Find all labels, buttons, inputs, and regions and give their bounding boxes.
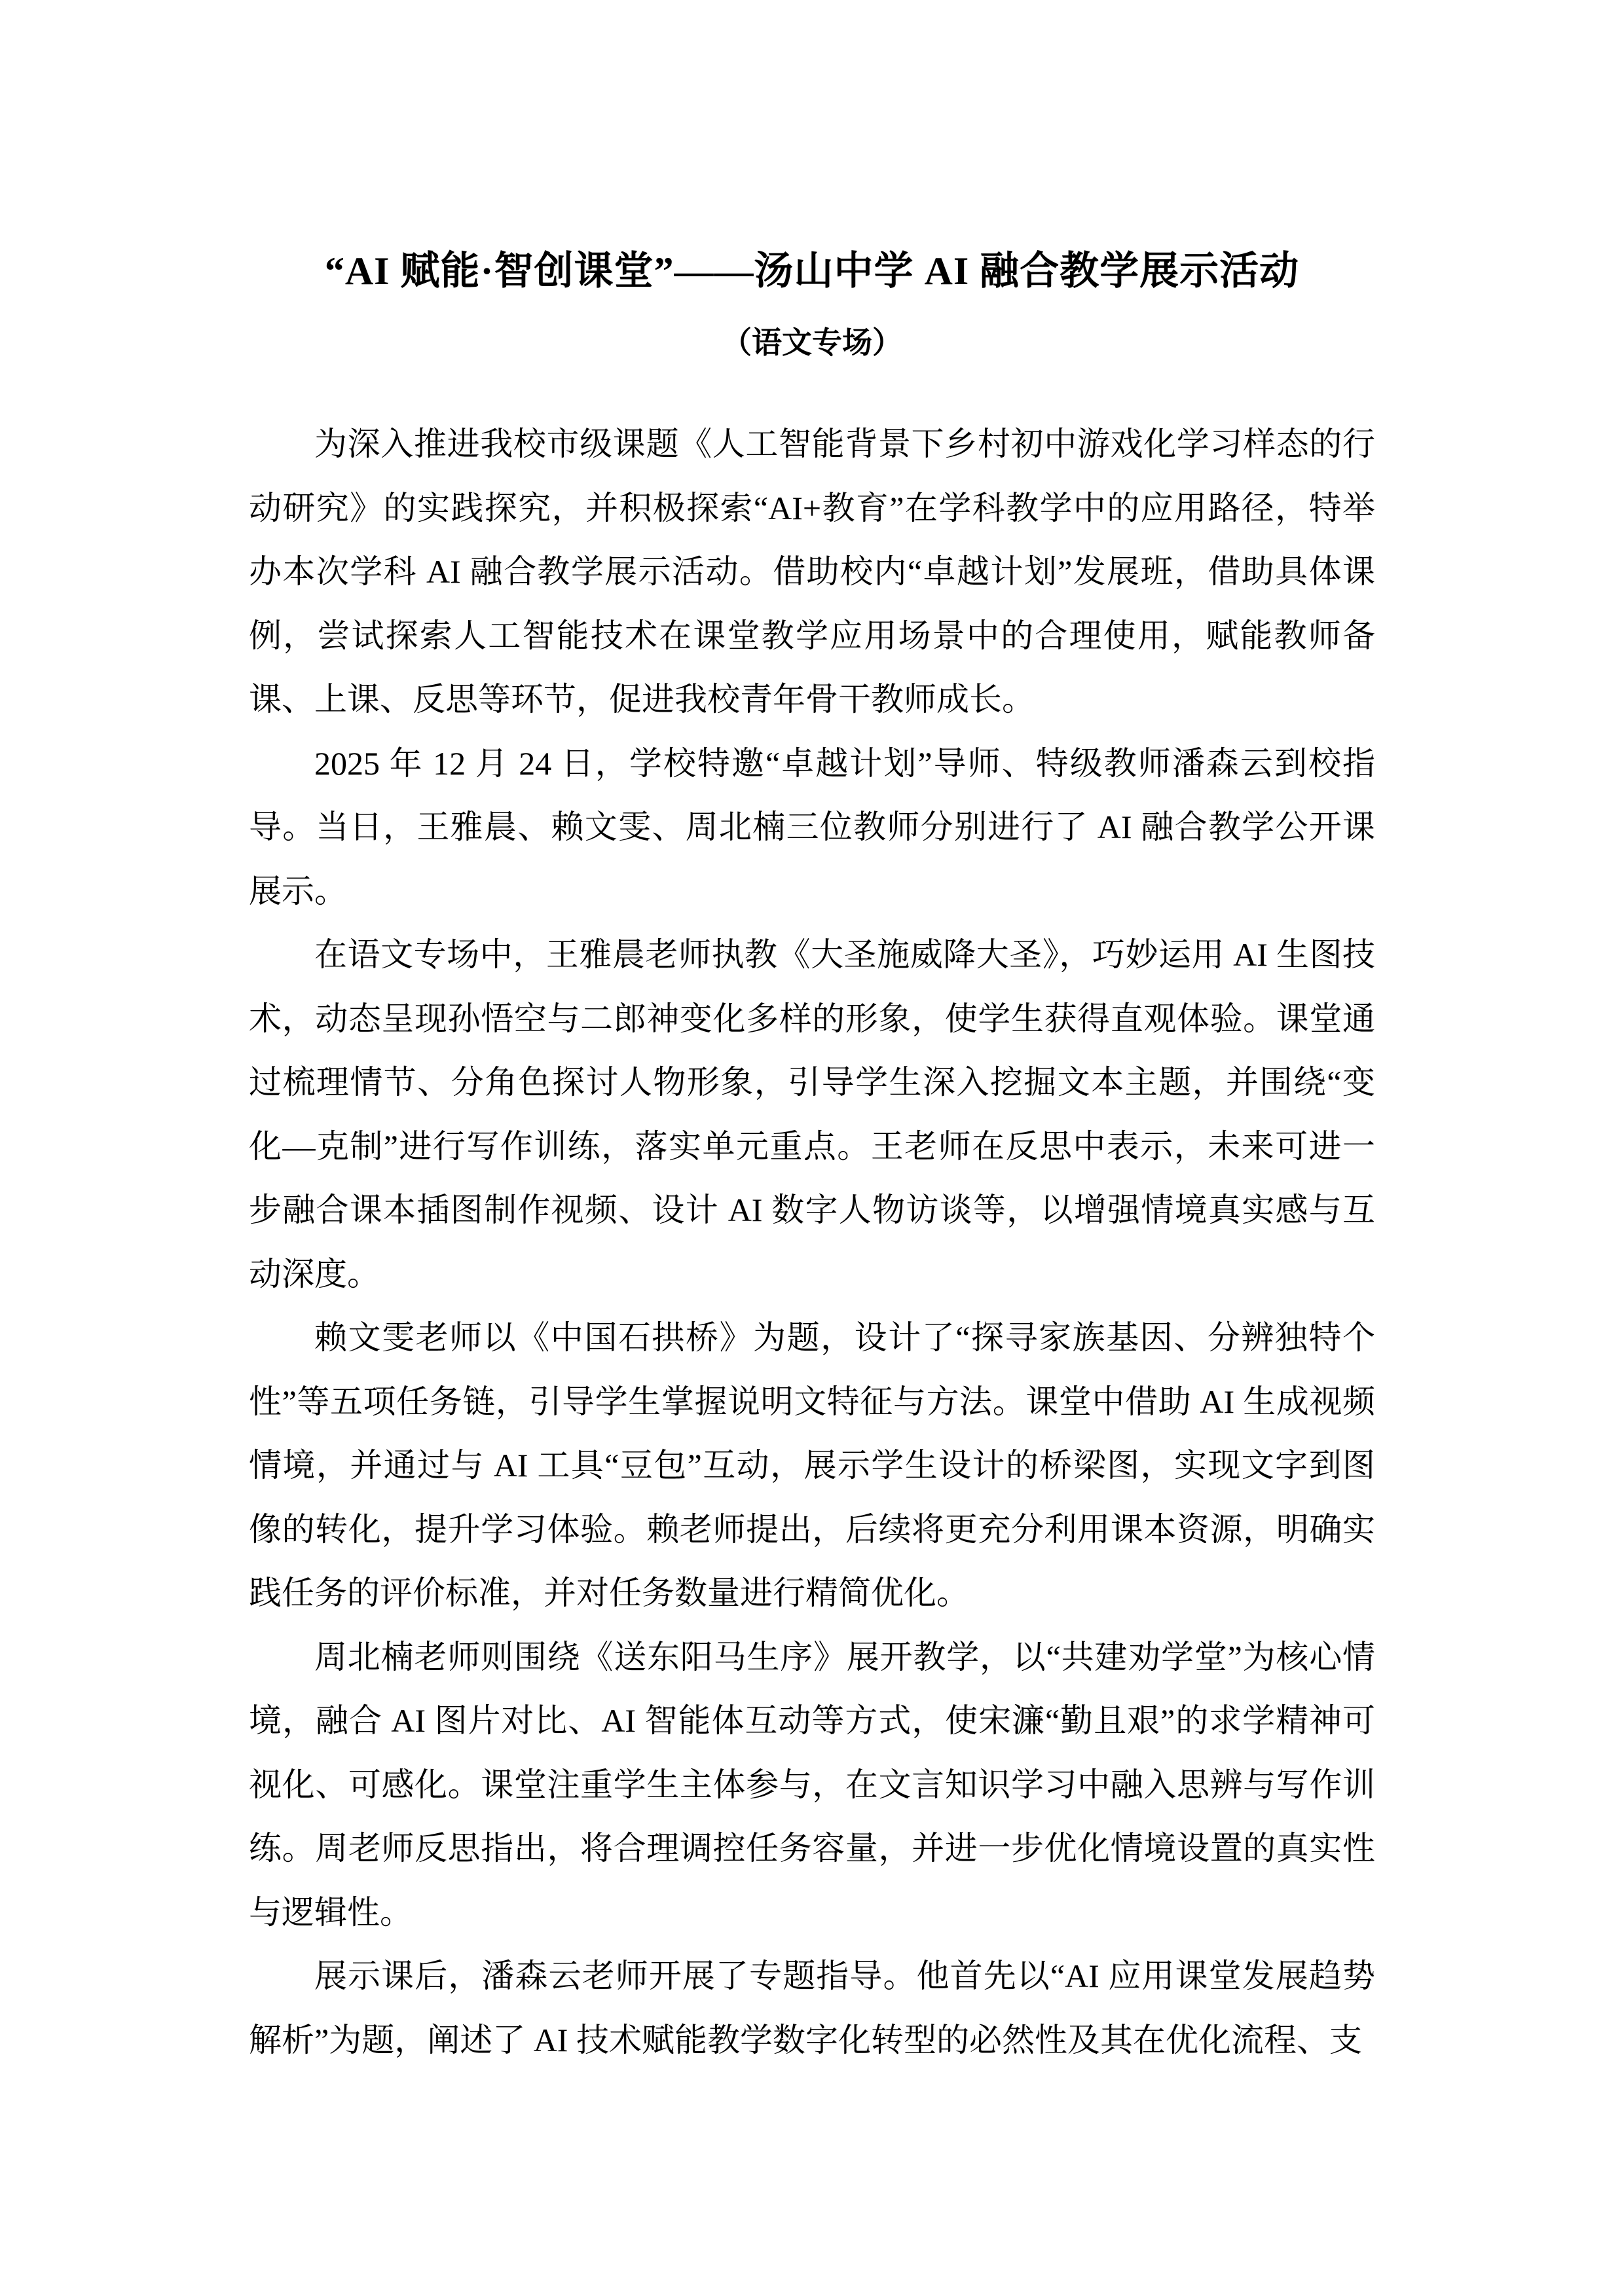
document-body: 为深入推进我校市级课题《人工智能背景下乡村初中游戏化学习样态的行动研究》的实践探… xyxy=(249,412,1375,2072)
document-page: “AI 赋能·智创课堂”——汤山中学 AI 融合教学展示活动 （语文专场） 为深… xyxy=(0,0,1624,2296)
paragraph: 为深入推进我校市级课题《人工智能背景下乡村初中游戏化学习样态的行动研究》的实践探… xyxy=(249,412,1375,732)
paragraph: 2025 年 12 月 24 日，学校特邀“卓越计划”导师、特级教师潘森云到校指… xyxy=(249,732,1375,924)
paragraph: 赖文雯老师以《中国石拱桥》为题，设计了“探寻家族基因、分辨独特个性”等五项任务链… xyxy=(249,1306,1375,1626)
paragraph: 展示课后，潘森云老师开展了专题指导。他首先以“AI 应用课堂发展趋势解析”为题，… xyxy=(249,1944,1375,2072)
paragraph: 在语文专场中，王雅晨老师执教《大圣施威降大圣》，巧妙运用 AI 生图技术，动态呈… xyxy=(249,923,1375,1306)
document-title: “AI 赋能·智创课堂”——汤山中学 AI 融合教学展示活动 xyxy=(118,241,1506,301)
paragraph: 周北楠老师则围绕《送东阳马生序》展开教学，以“共建劝学堂”为核心情境，融合 AI… xyxy=(249,1626,1375,1945)
document-subtitle: （语文专场） xyxy=(118,323,1506,363)
